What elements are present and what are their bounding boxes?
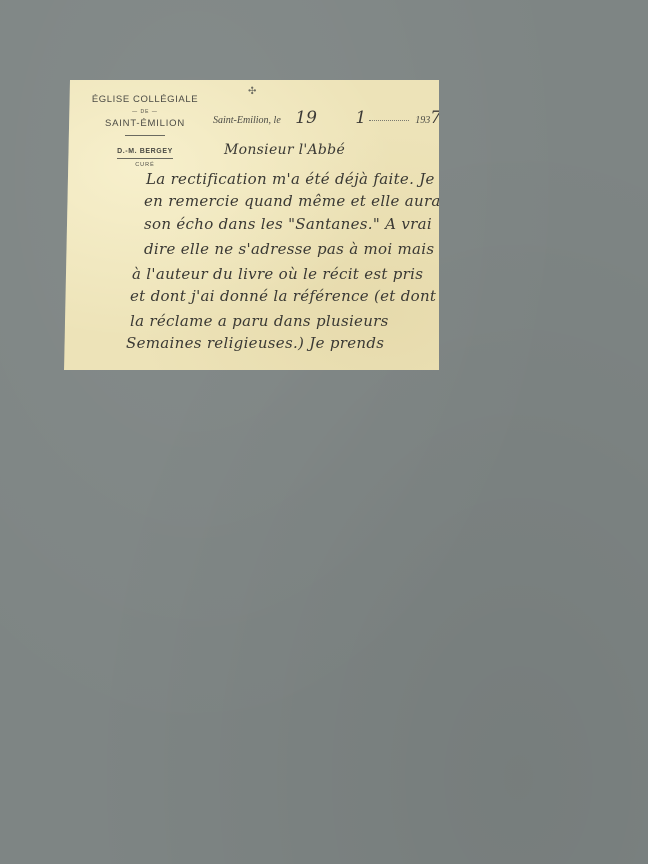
letterhead: ÉGLISE COLLÉGIALE — DE — SAINT-ÉMILION D… — [78, 94, 212, 170]
body-line: et dont j'ai donné la référence (et dont — [130, 287, 436, 305]
salutation: Monsieur l'Abbé — [224, 142, 345, 158]
date-day: 19 — [295, 108, 317, 128]
letterhead-title: CURÉ — [78, 161, 212, 170]
body-line: en remercie quand même et elle aura — [144, 192, 441, 210]
body-line: La rectification m'a été déjà faite. Je … — [146, 170, 476, 188]
letterhead-church: ÉGLISE COLLÉGIALE — [78, 94, 212, 106]
letterhead-town: SAINT-ÉMILION — [78, 118, 212, 130]
body-line: la réclame a paru dans plusieurs — [130, 312, 389, 330]
date-month: 1 — [355, 108, 366, 128]
body-line: Semaines religieuses.) Je prends — [126, 334, 384, 352]
date-dotted-line — [369, 120, 409, 121]
letterhead-divider — [125, 135, 165, 136]
letterhead-name: D.-M. BERGEY — [117, 147, 173, 159]
date-year-prefix: 193 — [415, 115, 430, 126]
body-line: à l'auteur du livre où le récit est pris — [132, 265, 423, 283]
letterhead-de: — DE — — [78, 108, 212, 117]
cross-ornament-icon: ✣ — [248, 86, 256, 97]
letter-card: ÉGLISE COLLÉGIALE — DE — SAINT-ÉMILION D… — [64, 80, 439, 370]
dateline-place: Saint-Emilion, le — [213, 115, 281, 126]
date-year-suffix: 7 — [430, 108, 441, 128]
body-line: dire elle ne s'adresse pas à moi mais — [144, 240, 434, 258]
body-line: son écho dans les "Santanes." A vrai — [144, 215, 432, 233]
dateline: Saint-Emilion, le 19 1 1937 — [213, 108, 441, 128]
